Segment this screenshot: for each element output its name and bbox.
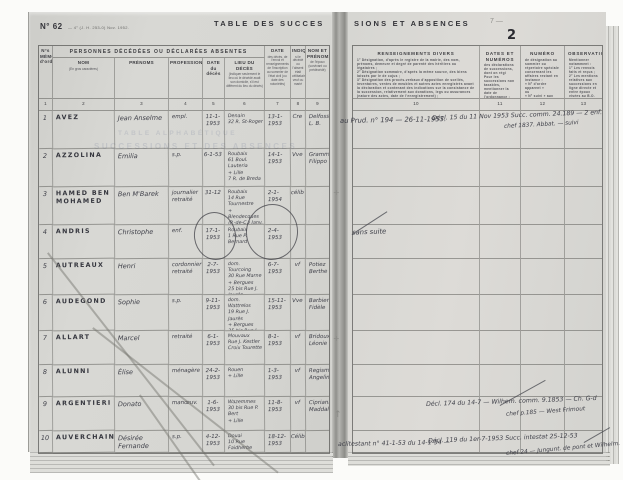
table-cell-lieu: Wazemmes 30 bis Rue P. Bert + Lille — [225, 397, 265, 431]
header-note: si le décédé ou l'absent était célibatai… — [292, 56, 304, 87]
table-cell-prenoms: Henri — [115, 259, 169, 296]
header-note: des déclarations de successions, dont on… — [481, 63, 519, 99]
table-cell-date_envoi: 8-1-1953 — [265, 331, 291, 365]
right-table: RENSEIGNEMENTS DIVERS1° Désignation, d'a… — [352, 45, 603, 454]
table-cell-lieu: dom. Wattrelos 19 Rue J. Jaurès + Bergue… — [225, 295, 265, 331]
table-cell-num: 8 — [39, 365, 53, 397]
table-cell-profession: s.p. — [169, 149, 203, 187]
table-cell-num: 1 — [39, 111, 53, 149]
header-note: (Indiquer seulement le lieu où le décédé… — [226, 73, 263, 88]
table-cell-empty — [353, 149, 480, 187]
table-cell-etat: vf — [291, 259, 306, 295]
header-cell: NOM ET PRÉNOMSde l'époux (survivant ou p… — [306, 46, 329, 99]
table-cell-num: 10 — [39, 431, 53, 453]
form-number: N° 62 — [40, 22, 63, 31]
table-cell-empty — [480, 225, 521, 259]
pencil-scribble: 7 — — [490, 18, 503, 25]
table-cell-date_envoi: 18-12-1953 — [265, 431, 291, 453]
header-cell: NOM(En gros caractères) — [53, 58, 115, 99]
column-number: 11 — [480, 99, 521, 111]
page-stack-fore-edge — [606, 26, 619, 464]
table-cell-num: 6 — [39, 295, 53, 331]
table-cell-nom: AZZOLINA — [53, 149, 115, 188]
table-cell-empty — [353, 365, 480, 397]
table-cell-epoux: Gramman Filippo — [306, 149, 329, 187]
table-cell-date_envoi: 15-11-1953 — [265, 295, 291, 331]
header-note: Mentionner notamment : 1° Les renvois fa… — [566, 58, 601, 99]
header-note: 1° Désignation, d'après le registre de l… — [354, 58, 478, 99]
table-cell-date_deces: 2-7-1953 — [203, 259, 225, 295]
header-cell: INDIQUERsi le décédé ou l'absent était c… — [291, 46, 306, 99]
table-cell-epoux: Potiez Berthe — [306, 259, 329, 295]
table-cell-epoux: Barbier Fidèle — [306, 295, 329, 331]
table-cell-lieu: Mouvaux Rue J. Kestler Croix Tourette — [225, 331, 265, 365]
column-number: 7 — [265, 99, 291, 111]
column-number: 1 — [39, 99, 53, 111]
table-cell-profession: retraité — [169, 331, 203, 365]
table-cell-empty — [353, 331, 480, 365]
header-cell: OBSERVATIONSMentionner notamment : 1° Le… — [565, 46, 602, 99]
page-title-right: SIONS ET ABSENCES — [354, 19, 470, 28]
table-cell-empty — [480, 149, 521, 187]
table-cell-empty — [565, 187, 602, 225]
table-cell-empty — [565, 365, 602, 397]
header-cell: LIEU DU DÉCÈS(Indiquer seulement le lieu… — [225, 58, 265, 99]
header-note: (En gros caractères) — [54, 68, 113, 72]
column-number: 12 — [521, 99, 565, 111]
header-cell: NUMÉROde désignation au sommier ou réper… — [521, 46, 565, 99]
table-cell-nom: AUTREAUX — [53, 259, 115, 296]
table-cell-nom: ALUNNI — [53, 365, 115, 398]
table-cell-num: 2 — [39, 149, 53, 187]
header-cell: N°s MÉMO d'ordre — [39, 46, 53, 99]
table-cell-prenoms: Christophe — [115, 225, 169, 260]
header-title: RENSEIGNEMENTS DIVERS — [356, 51, 476, 57]
header-cell: DATES ET NUMÉROSdes déclarations de succ… — [480, 46, 521, 99]
table-cell-empty — [353, 259, 480, 295]
table-cell-num: 5 — [39, 259, 53, 295]
table-cell-empty — [565, 331, 602, 365]
column-number: 10 — [353, 99, 480, 111]
table-cell-epoux: Regismont Angeline — [306, 365, 329, 397]
header-cell: RENSEIGNEMENTS DIVERS1° Désignation, d'a… — [353, 46, 480, 99]
header-title: NUMÉRO — [524, 51, 561, 57]
table-cell-date_envoi: 11-8-1953 — [265, 397, 291, 431]
register-book-spread: N° 62 — 4° (J. H. 253-0) Nov. 1952. TABL… — [28, 12, 618, 474]
table-cell-etat: Célib. — [291, 431, 306, 453]
header-cell: DATE du décès — [203, 58, 225, 99]
header-cell: PROFESSION — [169, 58, 203, 99]
table-cell-empty — [521, 187, 565, 225]
table-cell-nom: AVEZ — [53, 111, 115, 150]
table-cell-date_envoi: 14-1-1953 — [265, 149, 291, 187]
pencil-mark: ↑ — [334, 410, 342, 420]
table-cell-profession: empl. — [169, 111, 203, 149]
table-cell-empty — [480, 295, 521, 331]
table-cell-lieu: Denain 32 R. St-Roger — [225, 111, 265, 149]
table-cell-etat: Cre — [291, 111, 306, 149]
table-cell-lieu: Roubaix 61 Boul. Lauteria + Lille 7 R. d… — [225, 149, 265, 187]
table-cell-num: 7 — [39, 331, 53, 365]
page-stack-bottom-edge-right — [348, 452, 610, 466]
table-cell-prenoms: Désirée Fernande — [115, 431, 169, 454]
table-cell-num: 4 — [39, 225, 53, 259]
table-cell-etat: Vve — [291, 149, 306, 187]
handwritten-page-number: 2 — [507, 28, 516, 43]
table-cell-lieu: Rouen + Lille — [225, 365, 265, 397]
group-header: PERSONNES DÉCÉDÉES OU DÉCLARÉES ABSENTES — [53, 46, 265, 58]
table-cell-empty — [353, 295, 480, 331]
column-number: 4 — [169, 99, 203, 111]
header-title: OBSERVATIONS — [568, 51, 599, 57]
table-cell-prenoms: Ben M'Barek — [115, 187, 169, 226]
table-cell-empty — [521, 259, 565, 295]
table-cell-nom: ARGENTIERI — [53, 397, 115, 432]
table-cell-date_deces: 1-6-1953 — [203, 397, 225, 431]
table-cell-profession: cordonnier retraité — [169, 259, 203, 295]
table-cell-epoux — [306, 431, 329, 453]
table-cell-lieu: dom. Tourcoing 30 Rue Marne + Bergues 25… — [225, 259, 265, 295]
table-cell-empty — [521, 149, 565, 187]
table-cell-date_deces: 6-1-1953 — [203, 331, 225, 365]
header-note: des décès, de l'envoi et renseignements … — [266, 56, 289, 87]
header-note: de désignation au sommier ou répertoire … — [522, 58, 563, 99]
form-fine-print: — 4° (J. H. 253-0) Nov. 1952. — [68, 25, 129, 30]
table-cell-nom: HAMED BEN MOHAMED — [53, 187, 115, 226]
table-cell-etat: Vve — [291, 295, 306, 331]
column-number: 5 — [203, 99, 225, 111]
table-cell-empty — [480, 259, 521, 295]
table-cell-empty — [565, 295, 602, 331]
header-cell: PRÉNOMS — [115, 58, 169, 99]
table-cell-empty — [480, 331, 521, 365]
table-cell-epoux — [306, 187, 329, 225]
table-cell-etat: vf — [291, 397, 306, 431]
table-cell-prenoms: Emilia — [115, 149, 169, 188]
column-number: 9 — [306, 99, 329, 111]
table-cell-date_deces: 6-1-53 — [203, 149, 225, 187]
table-cell-date_deces: 11-1-1953 — [203, 111, 225, 149]
column-number: 3 — [115, 99, 169, 111]
table-cell-empty — [521, 225, 565, 259]
table-cell-empty — [565, 225, 602, 259]
table-cell-empty — [565, 259, 602, 295]
table-cell-empty — [521, 331, 565, 365]
table-cell-epoux: Delfosse L. B. — [306, 111, 329, 149]
table-cell-epoux — [306, 225, 329, 259]
table-cell-empty — [521, 295, 565, 331]
table-cell-date_deces: 24-2-1953 — [203, 365, 225, 397]
table-cell-empty — [480, 187, 521, 225]
pencil-mark: + — [333, 188, 340, 197]
table-cell-epoux: Bridoux Léonie — [306, 331, 329, 365]
table-cell-profession: s.p. — [169, 295, 203, 331]
table-cell-num: 3 — [39, 187, 53, 225]
table-cell-num: 9 — [39, 397, 53, 431]
table-cell-etat: vf — [291, 331, 306, 365]
table-cell-prenoms: Jean Anselme — [115, 111, 169, 150]
header-note: de l'époux (survivant ou prédécédé) — [307, 61, 328, 73]
table-cell-empty — [565, 149, 602, 187]
page-title-left: TABLE DES SUCCES — [214, 19, 325, 28]
table-cell-epoux: Cipriani Maddalena — [306, 397, 329, 431]
table-cell-nom: ANDRIS — [53, 225, 115, 260]
table-cell-nom: AUVERCHAIN — [53, 431, 115, 454]
table-cell-date_envoi: 1-3-1953 — [265, 365, 291, 397]
scanned-register-page: { "header": { "form_number": "N° 62", "f… — [0, 0, 623, 480]
header-cell: DATEdes décès, de l'envoi et renseigneme… — [265, 46, 291, 99]
table-cell-date_deces: 9-11-1953 — [203, 295, 225, 331]
column-number: 6 — [225, 99, 265, 111]
column-number: 2 — [53, 99, 115, 111]
header-title: DATES ET NUMÉROS — [483, 51, 517, 62]
table-cell-date_envoi: 6-7-1953 — [265, 259, 291, 295]
table-cell-prenoms: Sophie — [115, 295, 169, 332]
table-cell-date_deces: 4-12-1953 — [203, 431, 225, 453]
pencil-mark: + — [333, 334, 340, 343]
column-number: 8 — [291, 99, 306, 111]
table-cell-empty — [480, 365, 521, 397]
table-cell-date_envoi: 13-1-1953 — [265, 111, 291, 149]
table-cell-etat: vf — [291, 365, 306, 397]
book-binding-gutter — [332, 12, 348, 458]
